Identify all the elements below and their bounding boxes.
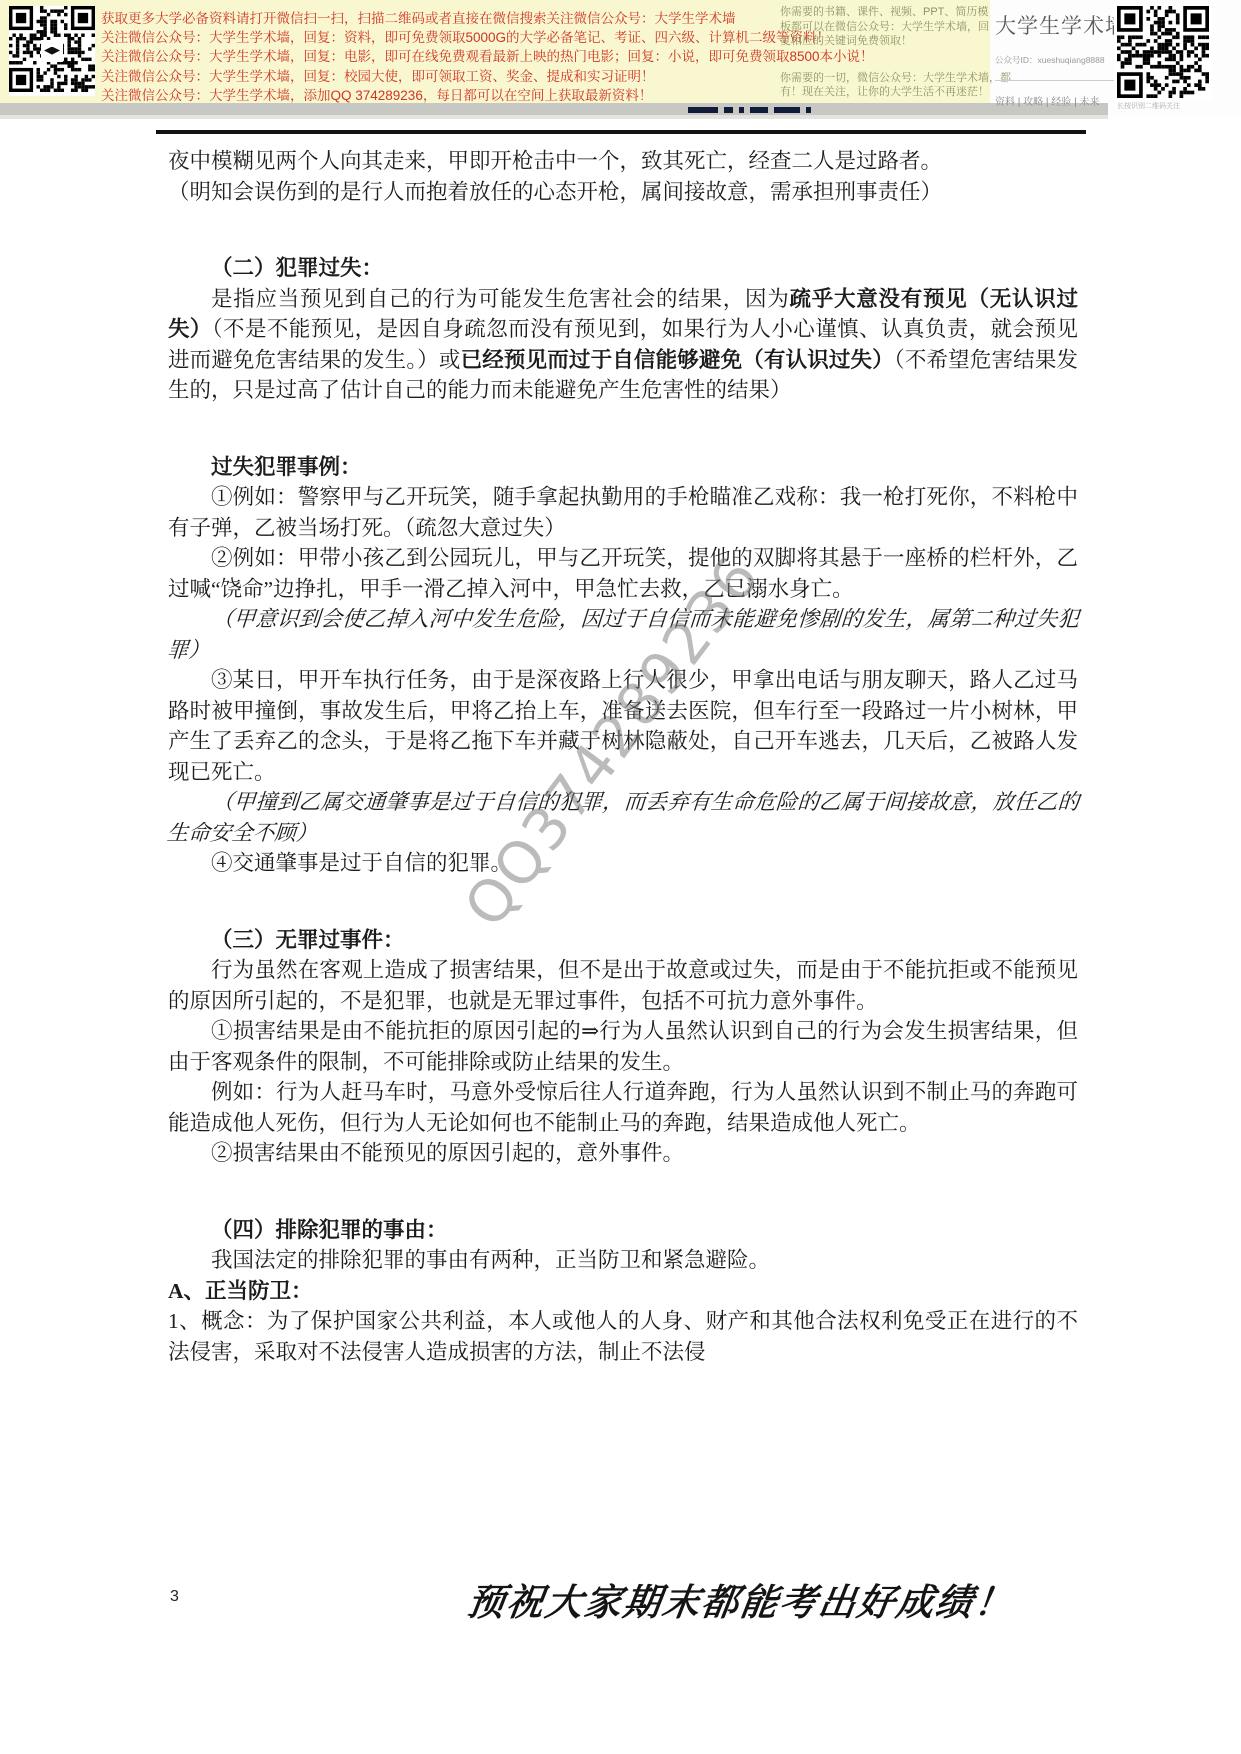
text-run: （甲撞到乙属交通肇事是过于自信的犯罪，而丢弃有生命危险的乙属于间接故意，放任乙的… <box>166 790 1080 845</box>
banner-promo-line: 关注微信公众号：大学生学术墙，回复：资料，即可免费领取5000G的大学必备笔记、… <box>101 28 791 47</box>
cropped-logo-marks <box>688 106 811 114</box>
section-heading: （二）犯罪过失： <box>168 253 1078 284</box>
text-run: ②损害结果由不能预见的原因引起的，意外事件。 <box>211 1141 684 1165</box>
paragraph: ①例如：警察甲与乙开玩笑，随手拿起执勤用的手枪瞄准乙戏称：我一枪打死你，不料枪中… <box>168 482 1078 543</box>
paragraph: ②损害结果由不能预见的原因引起的，意外事件。 <box>168 1138 1078 1169</box>
paragraph: 例如：行为人赶马车时，马意外受惊后往人行道奔跑，行为人虽然认识到不制止马的奔跑可… <box>168 1077 1078 1138</box>
text-run: ④交通肇事是过于自信的犯罪。 <box>211 851 512 875</box>
text-run: 夜中模糊见两个人向其走来，甲即开枪击中一个，致其死亡，经查二人是过路者。 <box>168 149 942 173</box>
text-run: 过失犯罪事例： <box>211 455 362 479</box>
banner-promo-line: 关注微信公众号：大学生学术墙，添加QQ 374289236，每日都可以在空间上获… <box>101 86 791 105</box>
account-card: 大学生学术墙 公众号ID：xueshuqiang8888 资料 | 攻略 | 经… <box>995 10 1113 110</box>
text-run: 已经预见而过于自信能够避免（有认识过失） <box>461 348 894 372</box>
paragraph: （甲撞到乙属交通肇事是过于自信的犯罪，而丢弃有生命危险的乙属于间接故意，放任乙的… <box>166 787 1080 848</box>
page-number: 3 <box>170 1588 179 1606</box>
text-run: （四）排除犯罪的事由： <box>211 1218 448 1242</box>
text-run: ③某日，甲开车执行任务，由于是深夜路上行人很少，甲拿出电话与朋友聊天，路人乙过马… <box>168 668 1078 784</box>
account-card-divider <box>995 80 1125 81</box>
text-run: （三）无罪过事件： <box>211 928 405 952</box>
banner-middle-note: 你需要的一切，微信公众号：大学生学术墙，都有！现在关注，让你的大学生活不再迷茫！ <box>780 71 1015 100</box>
text-run: 行为虽然在客观上造成了损害结果，但不是出于故意或过失，而是由于不能抗拒或不能预见… <box>168 958 1078 1013</box>
text-run: 1、概念：为了保护国家公共利益，本人或他人的人身、财产和其他合法权利免受正在进行… <box>168 1309 1078 1364</box>
scanned-document-page: 获取更多大学必备资料请打开微信扫一扫，扫描二维码或者直接在微信搜索关注微信公众号… <box>0 0 1241 1754</box>
graduation-cap-icon <box>41 40 63 62</box>
paragraph: （甲意识到会使乙掉入河中发生危险，因过于自信而未能避免惨剧的发生，属第二种过失犯… <box>166 604 1080 665</box>
document-body: 夜中模糊见两个人向其走来，甲即开枪击中一个，致其死亡，经查二人是过路者。（明知会… <box>168 146 1078 1367</box>
text-run: 例如：行为人赶马车时，马意外受惊后往人行道奔跑，行为人虽然认识到不制止马的奔跑可… <box>168 1080 1078 1135</box>
account-card-keywords: 资料 | 攻略 | 经验 | 未来 <box>995 93 1113 108</box>
text-run: ②例如：甲带小孩乙到公园玩儿，甲与乙开玩笑，提他的双脚将其悬于一座桥的栏杆外，乙… <box>168 546 1078 601</box>
paragraph: 是指应当预见到自己的行为可能发生危害社会的结果，因为疏乎大意没有预见（无认识过失… <box>168 284 1078 406</box>
paragraph: 行为虽然在客观上造成了损害结果，但不是出于故意或过失，而是由于不能抗拒或不能预见… <box>168 955 1078 1016</box>
text-run: A、正当防卫： <box>168 1279 313 1303</box>
text-run: （甲意识到会使乙掉入河中发生危险，因过于自信而未能避免惨剧的发生，属第二种过失犯… <box>166 607 1080 662</box>
text-run: ①损害结果是由不能抗拒的原因引起的⇒行为人虽然认识到自己的行为会发生损害结果，但… <box>168 1019 1078 1074</box>
banner-promo-line: 关注微信公众号：大学生学术墙，回复：校园大使，即可领取工资、奖金、提成和实习证明… <box>101 67 791 86</box>
paragraph: 1、概念：为了保护国家公共利益，本人或他人的人身、财产和其他合法权利免受正在进行… <box>168 1306 1078 1367</box>
text-run: （二）犯罪过失： <box>211 256 383 280</box>
section-heading: （三）无罪过事件： <box>168 925 1078 956</box>
paragraph: ①损害结果是由不能抗拒的原因引起的⇒行为人虽然认识到自己的行为会发生损害结果，但… <box>168 1016 1078 1077</box>
section-heading: A、正当防卫： <box>168 1276 1078 1307</box>
qr-caption: 长按识别二维码关注 <box>1117 101 1227 111</box>
account-card-id: 公众号ID：xueshuqiang8888 <box>995 54 1113 66</box>
paragraph: ③某日，甲开车执行任务，由于是深夜路上行人很少，甲拿出电话与朋友聊天，路人乙过马… <box>168 665 1078 787</box>
paragraph: 我国法定的排除犯罪的事由有两种，正当防卫和紧急避险。 <box>168 1245 1078 1276</box>
section-heading: 过失犯罪事例： <box>168 452 1078 483</box>
banner-middle-note: 你需要的书籍、课件、视频、PPT、简历模板都可以在微信公众号：大学生学术墙，回复… <box>780 5 992 49</box>
banner-promo-line: 获取更多大学必备资料请打开微信扫一扫，扫描二维码或者直接在微信搜索关注微信公众号… <box>101 9 791 28</box>
footer-calligraphy-wish: 预祝大家期末都能考出好成绩！ <box>464 1572 1018 1626</box>
banner-promo-text-block: 获取更多大学必备资料请打开微信扫一扫，扫描二维码或者直接在微信搜索关注微信公众号… <box>101 9 791 105</box>
paragraph: （明知会误伤到的是行人而抱着放任的心态开枪，属间接故意，需承担刑事责任） <box>168 177 1078 208</box>
section-heading: （四）排除犯罪的事由： <box>168 1215 1078 1246</box>
banner-middle-notes: 你需要的书籍、课件、视频、PPT、简历模板都可以在微信公众号：大学生学术墙，回复… <box>780 5 992 122</box>
paragraph: ④交通肇事是过于自信的犯罪。 <box>168 848 1078 879</box>
text-run: （明知会误伤到的是行人而抱着放任的心态开枪，属间接故意，需承担刑事责任） <box>168 180 942 204</box>
banner-promo-line: 关注微信公众号：大学生学术墙，回复：电影，即可在线免费观看最新上映的热门电影；回… <box>101 47 791 66</box>
text-run: 我国法定的排除犯罪的事由有两种，正当防卫和紧急避险。 <box>211 1248 770 1272</box>
wechat-qr-code-icon <box>9 6 95 96</box>
text-run: 是指应当预见到自己的行为可能发生危害社会的结果，因为 <box>211 287 789 311</box>
paragraph: ②例如：甲带小孩乙到公园玩儿，甲与乙开玩笑，提他的双脚将其悬于一座桥的栏杆外，乙… <box>168 543 1078 604</box>
account-card-title: 大学生学术墙 <box>995 10 1113 40</box>
follow-qr-code-icon <box>1117 6 1209 98</box>
paragraph: 夜中模糊见两个人向其走来，甲即开枪击中一个，致其死亡，经查二人是过路者。 <box>168 146 1078 177</box>
text-run: ①例如：警察甲与乙开玩笑，随手拿起执勤用的手枪瞄准乙戏称：我一枪打死你，不料枪中… <box>168 485 1078 540</box>
page-top-rule <box>156 130 1086 134</box>
